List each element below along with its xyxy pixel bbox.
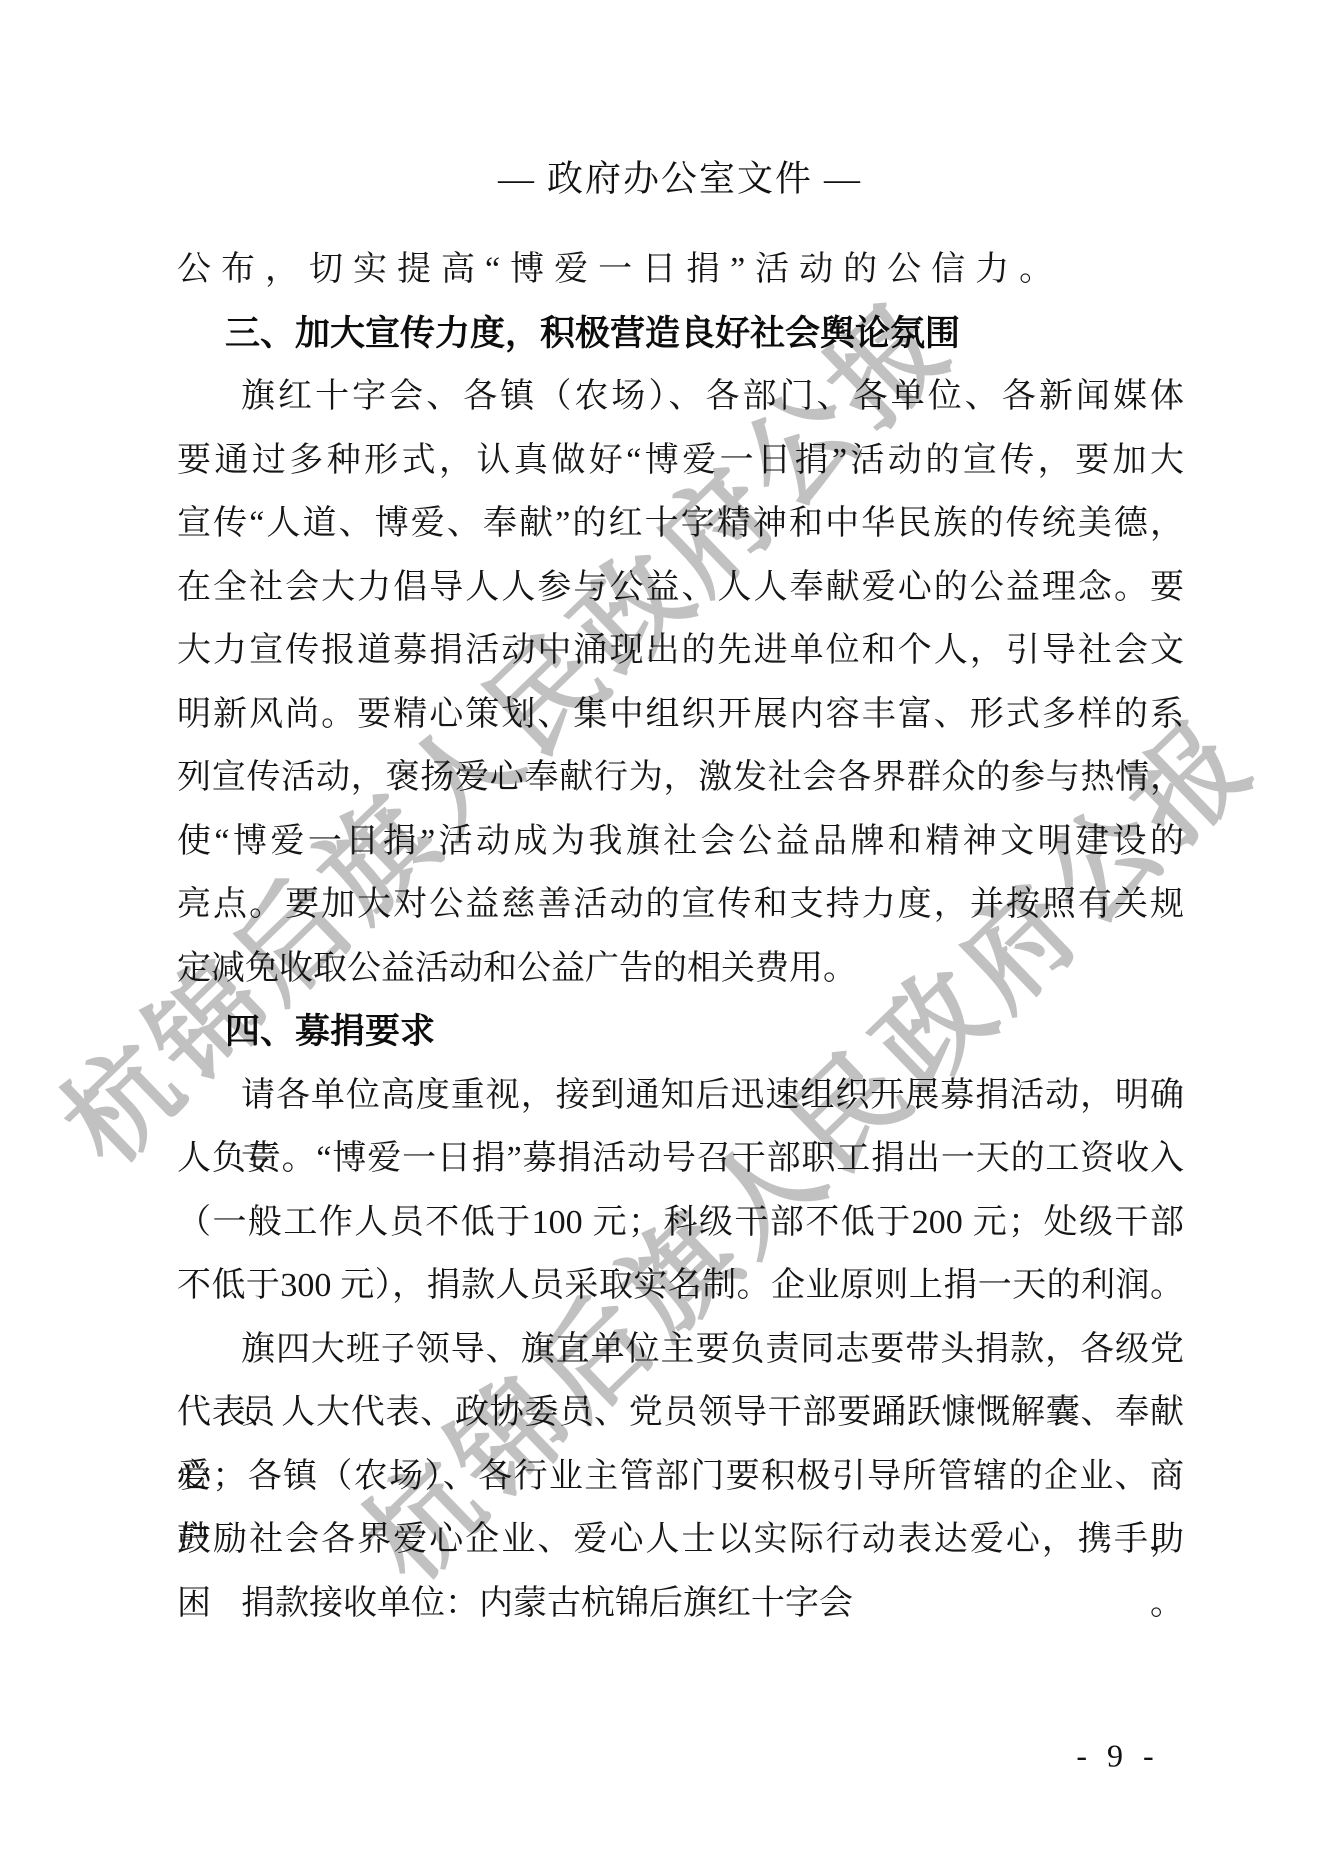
document-line: 定减免收取公益活动和公益广告的相关费用。 <box>177 937 1184 1001</box>
document-line: 要通过多种形式，认真做好“博爱一日捐”活动的宣传，要加大 <box>177 429 1184 493</box>
document-line: 请各单位高度重视，接到通知后迅速组织开展募捐活动，明确专 <box>177 1064 1184 1128</box>
section-heading: 三、加大宣传力度，积极营造良好社会舆论氛围 <box>177 302 1184 366</box>
page-header-title: — 政府办公室文件 — <box>498 151 862 202</box>
document-line: 宣传“人道、博爱、奉献”的红十字精神和中华民族的传统美德， <box>177 492 1184 556</box>
document-line: 明新风尚。要精心策划、集中组织开展内容丰富、形式多样的系 <box>177 683 1184 747</box>
document-line: 亮点。要加大对公益慈善活动的宣传和支持力度，并按照有关规 <box>177 873 1184 937</box>
document-line: 列宣传活动，褒扬爱心奉献行为，激发社会各界群众的参与热情， <box>177 746 1184 810</box>
document-line: 鼓励社会各界爱心企业、爱心人士以实际行动表达爱心，携手助困。 <box>177 1508 1184 1572</box>
document-line: 代表、人大代表、政协委员、党员领导干部要踊跃慷慨解囊、奉献爱 <box>177 1381 1184 1445</box>
document-line: 在全社会大力倡导人人参与公益、人人奉献爱心的公益理念。要 <box>177 556 1184 620</box>
document-line: 旗红十字会、各镇（农场）、各部门、各单位、各新闻媒体 <box>177 365 1184 429</box>
document-body: 公布，切实提高“博爱一日捐”活动的公信力。三、加大宣传力度，积极营造良好社会舆论… <box>177 238 1184 1635</box>
document-line: 大力宣传报道募捐活动中涌现出的先进单位和个人，引导社会文 <box>177 619 1184 683</box>
document-line: 心；各镇（农场）、各行业主管部门要积极引导所管辖的企业、商户， <box>177 1445 1184 1509</box>
document-line: 旗四大班子领导、旗直单位主要负责同志要带头捐款，各级党员 <box>177 1318 1184 1382</box>
document-line: 不低于300 元），捐款人员采取实名制。企业原则上捐一天的利润。 <box>177 1254 1184 1318</box>
page-number: - 9 - <box>1076 1738 1159 1775</box>
document-line: 使“博爱一日捐”活动成为我旗社会公益品牌和精神文明建设的 <box>177 810 1184 874</box>
document-line: 公布，切实提高“博爱一日捐”活动的公信力。 <box>177 238 1184 302</box>
document-page: 杭锦后旗人民政府公报 杭锦后旗人民政府公报 — 政府办公室文件 — 公布，切实提… <box>0 0 1323 1871</box>
section-heading: 四、募捐要求 <box>177 1000 1184 1064</box>
document-line: 人负责。“博爱一日捐”募捐活动号召干部职工捐出一天的工资收入 <box>177 1127 1184 1191</box>
document-line: （一般工作人员不低于100 元；科级干部不低于200 元；处级干部 <box>177 1191 1184 1255</box>
